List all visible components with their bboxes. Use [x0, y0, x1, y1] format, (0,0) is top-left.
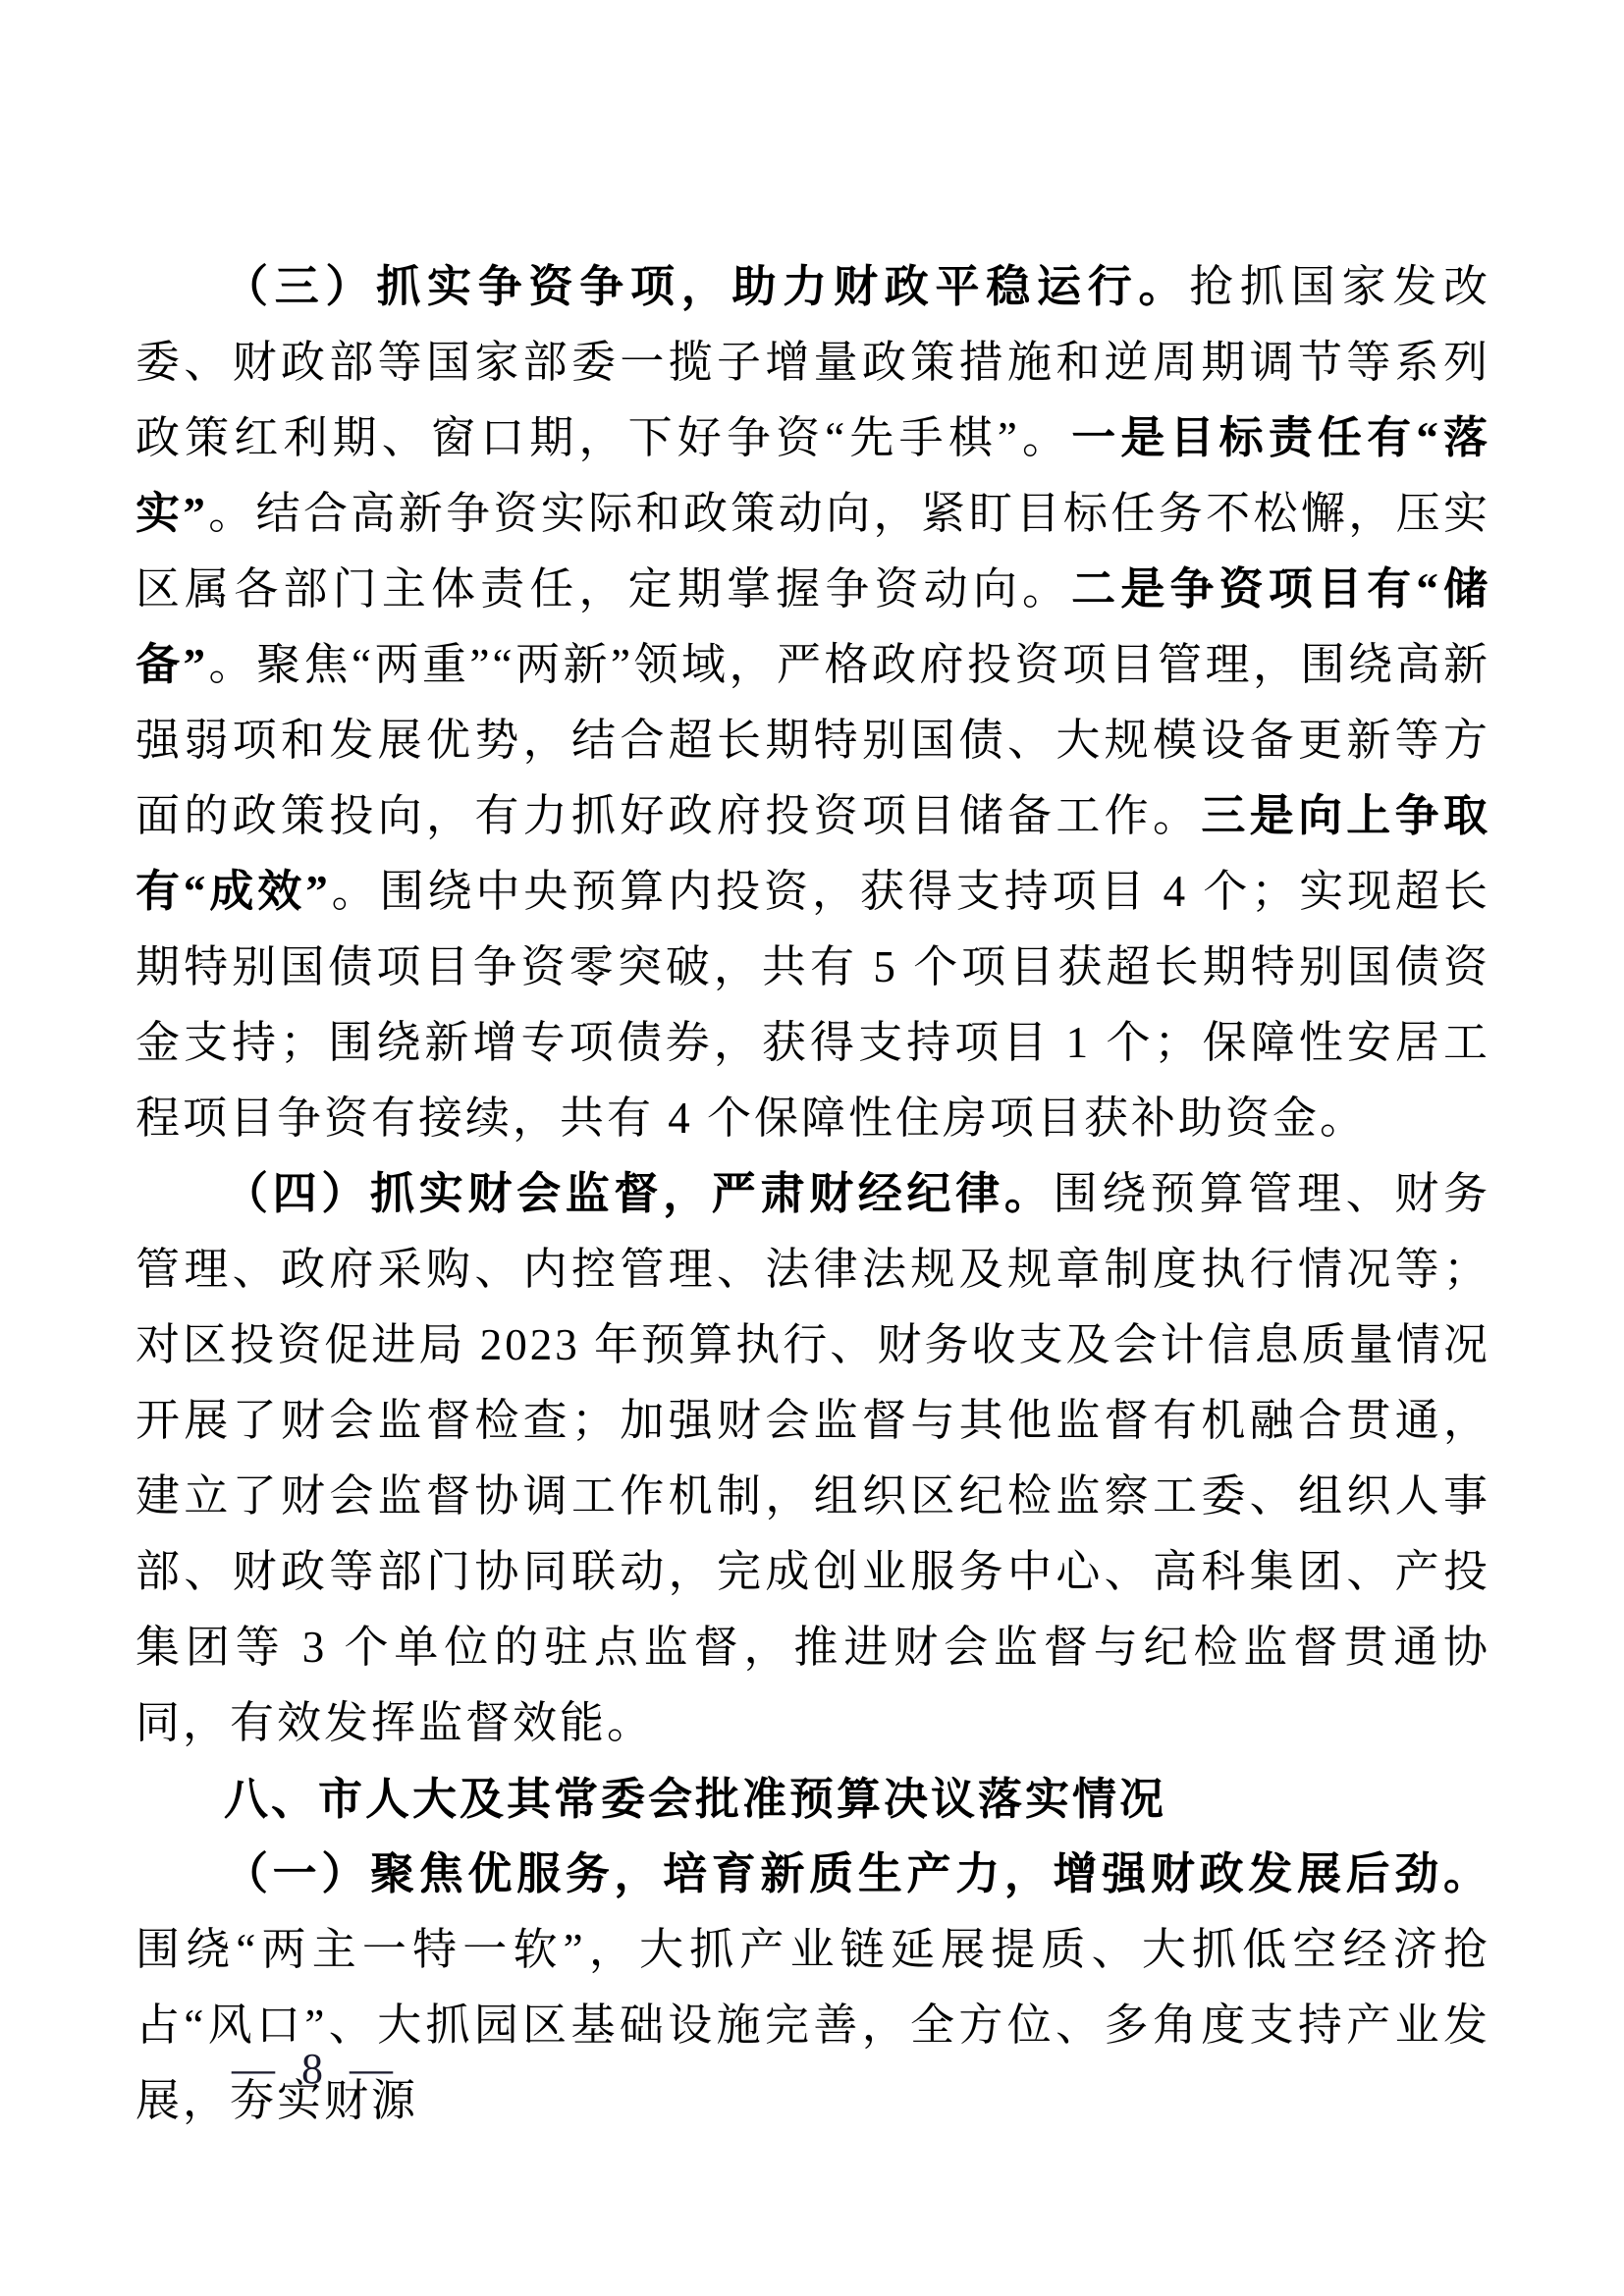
- para1-lead-sentence: （一）聚焦优服务，培育新质生产力，增强财政发展后劲。: [224, 1849, 1490, 1898]
- text-run: 。围绕中央预算内投资，获得支持项目 4 个；实现超长期特别国债项目争资零突破，共…: [135, 867, 1490, 1143]
- para4-lead-sentence: （四）抓实财会监督，严肃财经纪律。: [224, 1169, 1054, 1218]
- para3-lead-sentence: （三）抓实争资争项，助力财政平稳运行。: [224, 262, 1189, 311]
- page-number: — 8 —: [232, 2044, 401, 2094]
- section-heading-8: 八、市人大及其常委会批准预算决议落实情况: [135, 1761, 1490, 1837]
- paragraph-section-3: （三）抓实争资争项，助力财政平稳运行。抢抓国家发改委、财政部等国家部委一揽子增量…: [135, 249, 1490, 1156]
- paragraph-section-4: （四）抓实财会监督，严肃财经纪律。围绕预算管理、财务管理、政府采购、内控管理、法…: [135, 1156, 1490, 1761]
- document-body: （三）抓实争资争项，助力财政平稳运行。抢抓国家发改委、财政部等国家部委一揽子增量…: [135, 249, 1490, 2139]
- document-page: （三）抓实争资争项，助力财政平稳运行。抢抓国家发改委、财政部等国家部委一揽子增量…: [0, 0, 1624, 2296]
- text-run: 围绕预算管理、财务管理、政府采购、内控管理、法律法规及规章制度执行情况等；对区投…: [135, 1169, 1490, 1747]
- text-run: 围绕“两主一特一软”，大抓产业链延展提质、大抓低空经济抢占“风口”、大抓园区基础…: [135, 1925, 1490, 2125]
